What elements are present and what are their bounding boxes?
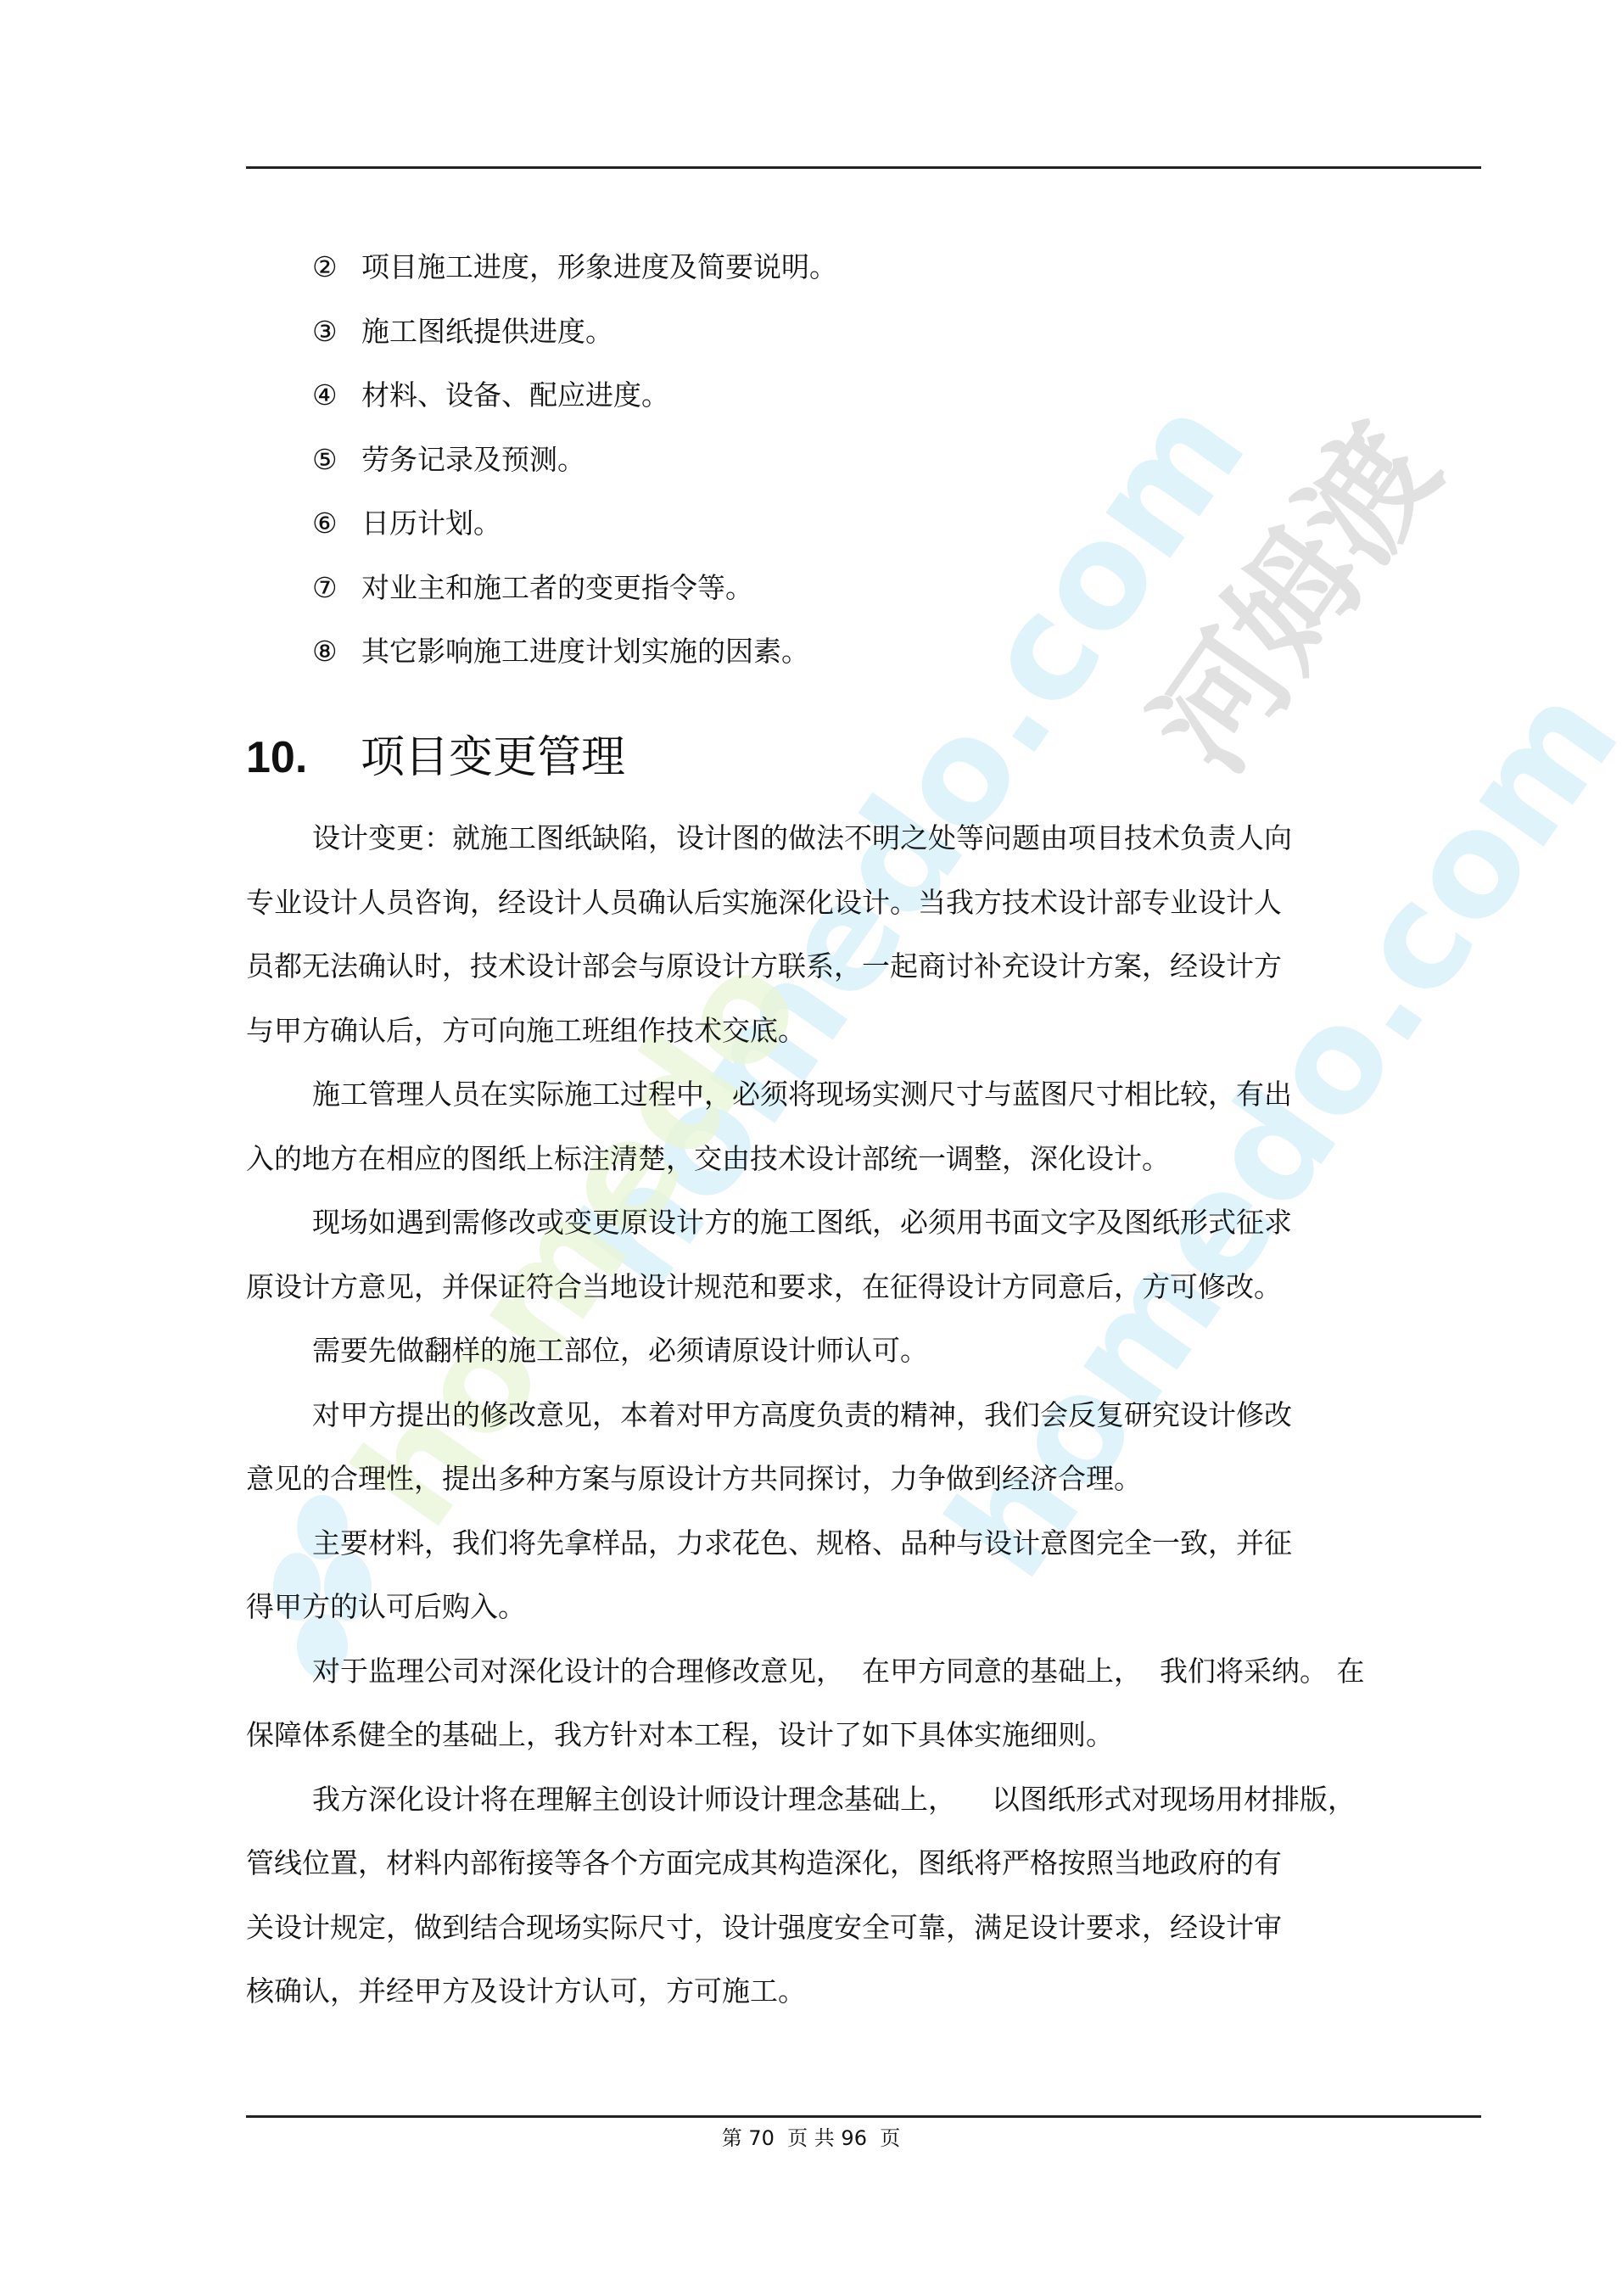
paragraph-line: 管线位置，材料内部衔接等各个方面完成其构造深化，图纸将严格按照当地政府的有: [246, 1831, 1493, 1896]
progress-report-list: ②项目施工进度，形象进度及简要说明。 ③施工图纸提供进度。 ④材料、设备、配应进…: [312, 243, 837, 692]
header-rule: [246, 166, 1481, 169]
paragraph-design-change: 设计变更：就施工图纸缺陷，设计图的做法不明之处等问题由项目技术负责人向 专业设计…: [246, 806, 1493, 1062]
list-item-number: ②: [312, 243, 361, 292]
list-item-number: ⑥: [312, 499, 361, 548]
section-number: 10.: [246, 732, 361, 783]
paragraph-line: 意见的合理性，提出多种方案与原设计方共同探讨，力争做到经济合理。: [246, 1447, 1493, 1511]
paragraph-drawing-modification: 现场如遇到需修改或变更原设计方的施工图纸，必须用书面文字及图纸形式征求 原设计方…: [246, 1190, 1493, 1319]
paragraph-line: 原设计方意见，并保证符合当地设计规范和要求，在征得设计方同意后，方可修改。: [246, 1255, 1493, 1319]
paragraph-line: 设计变更：就施工图纸缺陷，设计图的做法不明之处等问题由项目技术负责人向: [246, 806, 1493, 871]
list-item-text: 日历计划。: [361, 507, 501, 540]
list-item-text: 劳务记录及预测。: [361, 443, 585, 476]
list-item-number: ④: [312, 371, 361, 420]
list-item: ⑤劳务记录及预测。: [312, 435, 837, 500]
list-item: ⑧其它影响施工进度计划实施的因素。: [312, 627, 837, 692]
paragraph-supervision: 对于监理公司对深化设计的合理修改意见， 在甲方同意的基础上， 我们将采纳。 在 …: [246, 1639, 1493, 1767]
page-number: 第 70 页 共 96 页: [0, 2121, 1622, 2151]
list-item-text: 对业主和施工者的变更指令等。: [361, 571, 753, 604]
section-title: 项目变更管理: [361, 732, 625, 783]
list-item: ②项目施工进度，形象进度及简要说明。: [312, 243, 837, 307]
list-item-text: 材料、设备、配应进度。: [361, 378, 669, 412]
list-item: ④材料、设备、配应进度。: [312, 371, 837, 435]
paragraph-line: 员都无法确认时，技术设计部会与原设计方联系，一起商讨补充设计方案，经设计方: [246, 934, 1493, 999]
paragraph-line: 得甲方的认可后购入。: [246, 1575, 1493, 1639]
paragraph-line: 与甲方确认后，方可向施工班组作技术交底。: [246, 999, 1493, 1063]
paragraph-line: 需要先做翻样的施工部位，必须请原设计师认可。: [246, 1319, 1493, 1383]
paragraph-deepening-design: 我方深化设计将在理解主创设计师设计理念基础上， 以图纸形式对现场用材排版， 管线…: [246, 1767, 1493, 2024]
list-item-number: ③: [312, 307, 361, 356]
paragraph-line: 专业设计人员咨询，经设计人员确认后实施深化设计。当我方技术设计部专业设计人: [246, 871, 1493, 935]
paragraph-client-feedback: 对甲方提出的修改意见，本着对甲方高度负责的精神，我们会反复研究设计修改 意见的合…: [246, 1383, 1493, 1511]
paragraph-materials: 主要材料，我们将先拿样品，力求花色、规格、品种与设计意图完全一致，并征 得甲方的…: [246, 1511, 1493, 1639]
section-body: 设计变更：就施工图纸缺陷，设计图的做法不明之处等问题由项目技术负责人向 专业设计…: [246, 806, 1493, 2024]
list-item-text: 其它影响施工进度计划实施的因素。: [361, 635, 809, 668]
paragraph-line: 核确认，并经甲方及设计方认可，方可施工。: [246, 1959, 1493, 2024]
list-item-number: ⑦: [312, 563, 361, 613]
paragraph-site-measurement: 施工管理人员在实际施工过程中，必须将现场实测尺寸与蓝图尺寸相比较，有出 入的地方…: [246, 1062, 1493, 1190]
list-item-number: ⑧: [312, 627, 361, 676]
footer-rule: [246, 2115, 1481, 2118]
paragraph-sample-approval: 需要先做翻样的施工部位，必须请原设计师认可。: [246, 1319, 1493, 1383]
section-heading: 10.项目变更管理: [246, 721, 625, 785]
paragraph-line: 主要材料，我们将先拿样品，力求花色、规格、品种与设计意图完全一致，并征: [246, 1511, 1493, 1576]
list-item: ⑥日历计划。: [312, 499, 837, 563]
paragraph-line: 现场如遇到需修改或变更原设计方的施工图纸，必须用书面文字及图纸形式征求: [246, 1190, 1493, 1255]
paragraph-line: 保障体系健全的基础上，我方针对本工程，设计了如下具体实施细则。: [246, 1703, 1493, 1767]
paragraph-line: 对于监理公司对深化设计的合理修改意见， 在甲方同意的基础上， 我们将采纳。 在: [246, 1639, 1493, 1704]
watermark-brand-text: 河姆渡: [1103, 383, 1472, 801]
paragraph-line: 我方深化设计将在理解主创设计师设计理念基础上， 以图纸形式对现场用材排版，: [246, 1767, 1493, 1832]
paragraph-line: 施工管理人员在实际施工过程中，必须将现场实测尺寸与蓝图尺寸相比较，有出: [246, 1062, 1493, 1127]
list-item: ⑦对业主和施工者的变更指令等。: [312, 563, 837, 628]
list-item: ③施工图纸提供进度。: [312, 307, 837, 372]
paragraph-line: 入的地方在相应的图纸上标注清楚，交由技术设计部统一调整，深化设计。: [246, 1127, 1493, 1191]
list-item-text: 施工图纸提供进度。: [361, 315, 613, 348]
list-item-text: 项目施工进度，形象进度及简要说明。: [361, 250, 837, 283]
paragraph-line: 对甲方提出的修改意见，本着对甲方高度负责的精神，我们会反复研究设计修改: [246, 1383, 1493, 1448]
paragraph-line: 关设计规定，做到结合现场实际尺寸，设计强度安全可靠，满足设计要求，经设计审: [246, 1896, 1493, 1960]
list-item-number: ⑤: [312, 435, 361, 484]
